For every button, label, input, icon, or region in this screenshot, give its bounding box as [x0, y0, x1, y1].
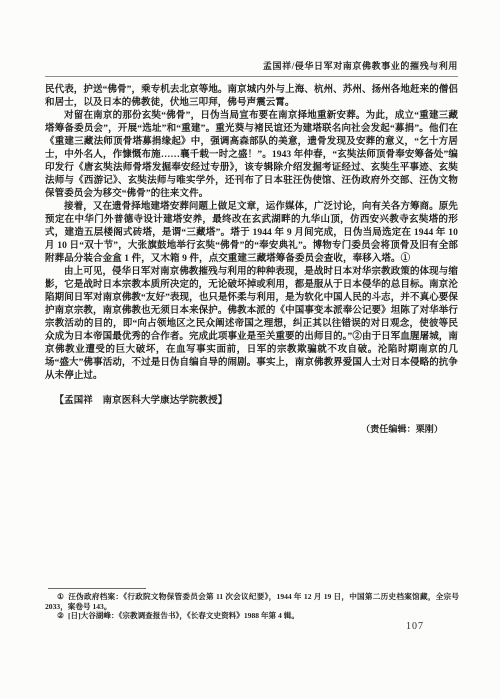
- article-body: 民代表，护送“佛骨”，乘专机去北京等地。南京城内外与上海、杭州、苏州、扬州各地赶…: [45, 84, 458, 436]
- footnote-item: ②[日]大谷湖峰：《宗教调查报告书》，《长春文史资料》1988 年第 4 辑。: [45, 611, 459, 621]
- paragraph: 对留在南京的那份玄奘“佛骨”，日伪当局宣布要在南京择地重新安葬。为此，成立“重建…: [45, 110, 458, 201]
- footnotes: ①汪伪政府档案：《行政院文物保管委员会第 11 次会议纪要》，1944 年 12…: [45, 592, 459, 621]
- footnote-text: 汪伪政府档案：《行政院文物保管委员会第 11 次会议纪要》，1944 年 12 …: [45, 592, 459, 611]
- paragraph-continuation: 民代表，护送“佛骨”，乘专机去北京等地。南京城内外与上海、杭州、苏州、扬州各地赶…: [45, 84, 458, 110]
- footnote-marker: ②: [57, 611, 64, 620]
- header-rule: [45, 76, 458, 77]
- footnote-text: [日]大谷湖峰：《宗教调查报告书》，《长春文史资料》1988 年第 4 辑。: [68, 611, 299, 620]
- editor-note: （责任编辑：栗刚）: [45, 423, 458, 436]
- author-note: 【孟国祥 南京医科大学康达学院教授】: [45, 395, 458, 408]
- footnote-item: ①汪伪政府档案：《行政院文物保管委员会第 11 次会议纪要》，1944 年 12…: [45, 592, 459, 611]
- footnote-marker: ①: [57, 592, 64, 601]
- scanned-paper-page: 孟国祥/侵华日军对南京佛教事业的摧残与利用 民代表，护送“佛骨”，乘专机去北京等…: [0, 0, 500, 699]
- footnote-separator: [48, 588, 146, 589]
- running-head: 孟国祥/侵华日军对南京佛教事业的摧残与利用: [45, 59, 458, 72]
- paragraph: 由上可见，侵华日军对南京佛教摧残与利用的种种表现，是战时日本对华宗教政策的体现与…: [45, 266, 458, 383]
- page-number: 107: [406, 621, 424, 632]
- paragraph: 接着，又在遗骨择地建塔安葬问题上做足文章，运作媒体，广泛讨论，向有关各方筹商。原…: [45, 201, 458, 266]
